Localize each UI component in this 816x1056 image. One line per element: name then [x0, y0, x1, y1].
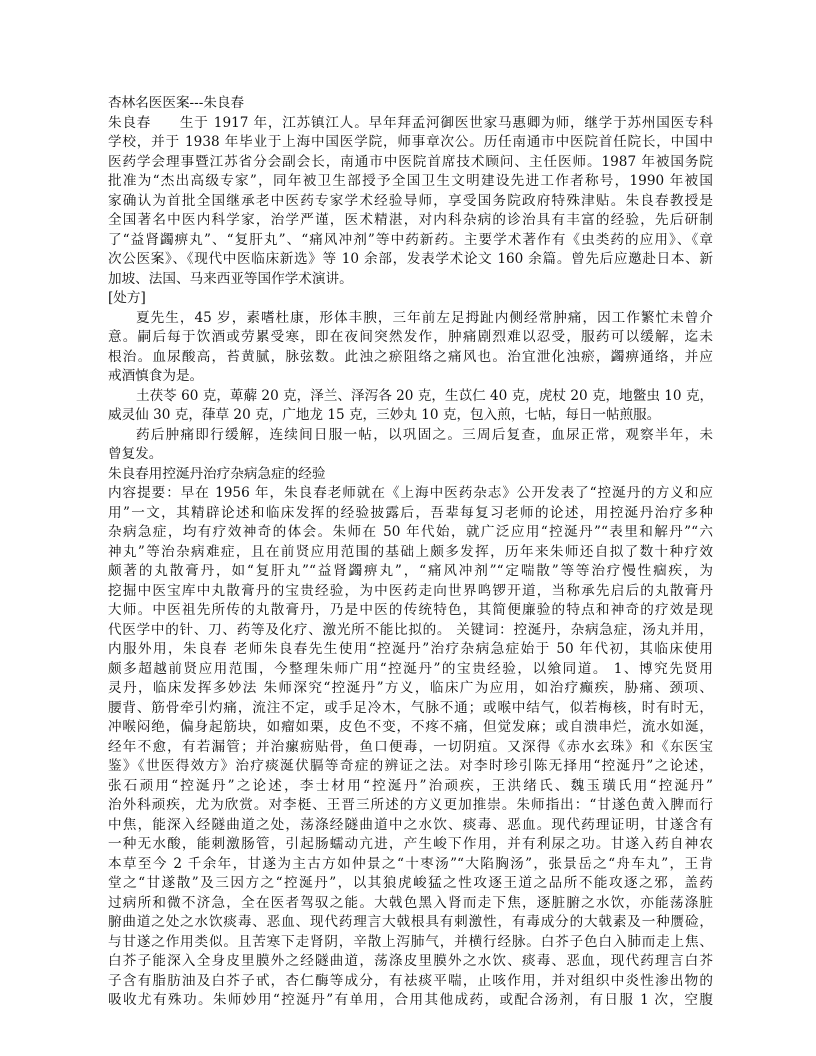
text-line: 全国著名中医内科学家，治学严谨，医术精湛，对内科杂病的诊治具有丰富的经验，先后研… — [108, 211, 713, 231]
text-line: 夏先生，45 岁，素嗜杜康，形体丰腴，三年前左足拇趾内侧经常肿痛，因工作繁忙未曾… — [108, 309, 713, 329]
text-line: 中焦，能深入经隧曲道之处，荡涤经隧曲道中之水饮、痰毒、恶血。现代药理证明，甘遂含… — [108, 816, 713, 836]
text-line: 朱良春用控涎丹治疗杂病急症的经验 — [108, 465, 713, 485]
text-line: 曾复发。 — [108, 445, 713, 465]
text-line: 冲喉闷绝，偏身起筋块，如瘤如栗，皮色不变，不疼不痛，但觉发麻；或自溃串烂，流水如… — [108, 718, 713, 738]
text-line: 本草至今 2 千余年，甘遂为主古方如仲景之“十枣汤”“大陷胸汤”，张景岳之“舟车… — [108, 855, 713, 875]
text-line: 加坡、法国、马来西亚等国作学术演讲。 — [108, 270, 713, 290]
text-line: 白芥子能深入全身皮里膜外之经隧曲道，荡涤皮里膜外之水饮、痰毒、恶血，现代药理言白… — [108, 952, 713, 972]
text-line: 医药学会理事暨江苏省分会副会长，南通市中医院首席技术顾问、主任医师。1987 年… — [108, 153, 713, 173]
text-line: 代医学中的针、刀、药等及化疗、激光所不能比拟的。 关键词：控涎丹，杂病急症，汤丸… — [108, 621, 713, 641]
text-line: 学校，并于 1938 年毕业于上海中国医学院，师事章次公。历任南通市中医院首任院… — [108, 133, 713, 153]
text-line: 神丸”等治杂病难症，且在前贤应用范围的基础上颇多发挥，历年来朱师还自拟了数十种疗… — [108, 543, 713, 563]
text-line: 根治。血尿酸高，苔黄腻，脉弦数。此浊之瘀阻络之痛风也。治宜泄化浊瘀，蠲痹通络，并… — [108, 348, 713, 368]
text-line: 次公医案》、《现代中医临床新选》等 10 余部，发表学术论文 160 余篇。曾先… — [108, 250, 713, 270]
text-line: 经年不愈，有若漏管；并治瘰疬贴骨，鱼口便毒，一切阴疽。又深得《赤水玄珠》和《东医… — [108, 738, 713, 758]
text-line: 土茯苓 60 克，萆薢 20 克，泽兰、泽泻各 20 克，生苡仁 40 克，虎杖… — [108, 387, 713, 407]
text-line: 吸收尤有殊功。朱师妙用“控涎丹”有单用，合用其他成药，或配合汤剂，有日服 1 次… — [108, 991, 713, 1011]
text-line: 用”一文，其精辟论述和临床发挥的经验披露后，吾辈每复习老师的论述，用控涎丹治疗多… — [108, 504, 713, 524]
text-line: 威灵仙 30 克，葎草 20 克，广地龙 15 克，三妙丸 10 克，包入煎，七… — [108, 406, 713, 426]
text-line: 药后肿痛即行缓解，连续间日服一帖，以巩固之。三周后复查，血尿正常，观察半年，未 — [108, 426, 713, 446]
text-line: 与甘遂之作用类似。且苦寒下走肾阴，辛散上泻肺气，并横行经脉。白芥子色白入肺而走上… — [108, 933, 713, 953]
text-line: 过病所和微不济急，全在医者驾驭之能。大戟色黑入肾而走下焦，逐脏腑之水饮，亦能荡涤… — [108, 894, 713, 914]
text-line: 家确认为首批全国继承老中医药专家学术经验导师，享受国务院政府特殊津贴。朱良春教授… — [108, 192, 713, 212]
text-line: 挖掘中医宝库中丸散膏丹的宝贵经验，为中医药走向世界鸣锣开道，当称承先启后的丸散膏… — [108, 582, 713, 602]
text-line: 意。嗣后每于饮酒或劳累受寒，即在夜间突然发作，肿痛剧烈难以忍受，服药可以缓解，迄… — [108, 328, 713, 348]
text-line: 堂之“甘遂散”及三因方之“控涎丹”，以其狼虎峻猛之性攻逐王道之品所不能攻逐之邪，… — [108, 874, 713, 894]
text-line: 腰背、筋骨牵引灼痛，流注不定，或手足冷木，气脉不通；或喉中结气，似若梅核，时有时… — [108, 699, 713, 719]
text-line: 子含有脂肪油及白芥子甙，杏仁酶等成分，有祛痰平喘，止咳作用，并对组织中炎性渗出物… — [108, 972, 713, 992]
text-line: 灵丹，临床发挥多妙法 朱师深究“控涎丹”方义，临床广为应用，如治疗癫疾，胁痛、颈… — [108, 679, 713, 699]
text-line: 张石顽用“控涎丹”之论述，李士材用“控涎丹”治顽疾，王洪绪氏、魏玉璜氏用“控涎丹… — [108, 777, 713, 797]
text-line: 内容提要：早在 1956 年，朱良春老师就在《上海中医药杂志》公开发表了“控涎丹… — [108, 484, 713, 504]
text-line: 戒酒慎食为是。 — [108, 367, 713, 387]
text-line: 一种无水酸，能刺激肠管，引起肠蠕动亢进，产生峻下作用，并有利尿之功。甘遂入药自神… — [108, 835, 713, 855]
document-page: 杏林名医医案---朱良春朱良春 生于 1917 年，江苏镇江人。早年拜孟河御医世… — [108, 94, 713, 1011]
text-line: [处方] — [108, 289, 713, 309]
text-line: 颇多超越前贤应用范围，今整理朱师广用“控涎丹”的宝贵经验，以飨同道。 1、博究先… — [108, 660, 713, 680]
text-line: 治外科顽疾，尤为欣赏。对李梃、王晋三所述的方义更加推崇。朱师指出：“甘遂色黄入脾… — [108, 796, 713, 816]
text-line: 了“益肾蠲痹丸”、“复肝丸”、“痛风冲剂”等中药新药。主要学术著作有《虫类药的应… — [108, 231, 713, 251]
text-line: 腑曲道之处之水饮痰毒、恶血、现代药理言大戟根具有刺激性，有毒成分的大戟素及一种赝… — [108, 913, 713, 933]
text-line: 鉴》《世医得效方》治疗痰涎伏膈等奇症的辨证之法。对李时珍引陈无择用“控涎丹”之论… — [108, 757, 713, 777]
text-line: 批准为“杰出高级专家”，同年被卫生部授予全国卫生文明建设先进工作者称号，1990… — [108, 172, 713, 192]
text-line: 内服外用，朱良春 老师朱良春先生使用“控涎丹”治疗杂病急症始于 50 年代初，其… — [108, 640, 713, 660]
text-line: 杂病急症，均有疗效神奇的体会。朱师在 50 年代始，就广泛应用“控涎丹”“表里和… — [108, 523, 713, 543]
document-title: 杏林名医医案---朱良春 — [108, 94, 713, 114]
text-line: 颇著的丸散膏丹，如“复肝丸”“益肾蠲痹丸”，“痛风冲剂”“定喘散”等等治疗慢性痼… — [108, 562, 713, 582]
text-line: 大师。中医祖先所传的丸散膏丹，乃是中医的传统特色，其简便廉验的特点和神奇的疗效是… — [108, 601, 713, 621]
text-line: 朱良春 生于 1917 年，江苏镇江人。早年拜孟河御医世家马惠卿为师，继学于苏州… — [108, 114, 713, 134]
